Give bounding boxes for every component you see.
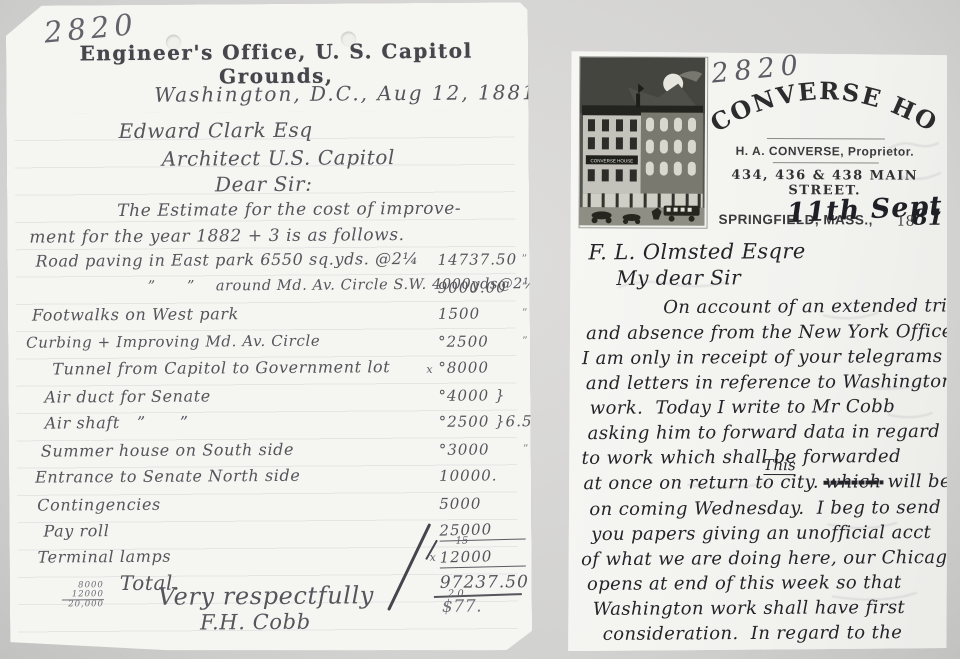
- estimate-item-desc: Curbing + Improving Md. Av. Circle: [26, 332, 320, 352]
- estimate-item-amount: 10000.: [439, 466, 525, 485]
- hotel-engraving: CONVERSE HOUSE: [579, 56, 709, 229]
- body-line: work. Today I write to Mr Cobb: [590, 396, 895, 419]
- photo-background: 2820 Engineer's Office, U. S. Capitol Gr…: [0, 0, 960, 659]
- estimate-item-amount: 14737.50: [437, 250, 523, 269]
- body-line: and letters in reference to Washington: [586, 371, 954, 394]
- body-line: on coming Wednesday. I beg to send: [589, 497, 941, 520]
- salutation: My dear Sir: [616, 265, 741, 290]
- body-line: opens at end of this week so that: [587, 572, 902, 595]
- check-mark: ”: [522, 334, 528, 347]
- check-mark: ”: [523, 442, 529, 455]
- estimate-item-desc: Summer house on South side: [41, 440, 294, 461]
- estimate-item-desc: Terminal lamps: [38, 547, 172, 567]
- body-line: Washington work shall have first: [593, 597, 905, 620]
- estimate-item-desc: Air duct for Senate: [44, 386, 210, 406]
- left-letter-page: 2820 Engineer's Office, U. S. Capitol Gr…: [6, 2, 533, 654]
- check-mark: ”: [522, 306, 528, 319]
- body-line: asking him to forward data in regard: [588, 421, 941, 444]
- estimate-item-amount: °8000: [438, 358, 524, 377]
- estimate-item-amount: 25000: [439, 519, 525, 541]
- estimate-item-desc: Footwalks on West park: [32, 304, 239, 324]
- recipient-name: F. L. Olmsted Esqre: [588, 239, 805, 264]
- body-line: you papers giving an unofficial acct: [591, 522, 931, 545]
- estimate-item-amount: °2500: [438, 332, 524, 351]
- estimate-item-amount: 12000: [439, 546, 525, 568]
- body-line: I am only in receipt of your telegrams: [582, 346, 943, 369]
- estimate-item-desc: Tunnel from Capitol to Government lot: [52, 357, 390, 378]
- estimate-item-amount: 9000.00: [438, 278, 524, 297]
- estimate-item-desc: Entrance to Senate North side: [35, 466, 301, 487]
- estimate-item-amount: 1500: [438, 304, 524, 323]
- estimate-item-amount: °2500 }6.50: [439, 412, 525, 431]
- recipient-title: Architect U.S. Capitol: [162, 145, 395, 171]
- pencil-correction: 15: [455, 536, 468, 547]
- check-mark: ”: [522, 280, 528, 293]
- body-line: and absence from the New York Office: [586, 321, 953, 344]
- estimate-item-amount: °4000 }: [438, 386, 524, 405]
- edit-before: at once on return to city.: [583, 472, 825, 494]
- struck-word: which: [825, 471, 882, 492]
- margin-figure: 12000: [62, 590, 104, 599]
- pencil-total: $77.: [442, 597, 482, 617]
- letterhead-rule: [773, 162, 879, 163]
- body-line: The Estimate for the cost of improve-: [117, 199, 461, 221]
- right-letter-page: CONVERSE HOUSE: [567, 51, 950, 653]
- salutation: Dear Sir:: [215, 172, 313, 197]
- margin-sum: 20,000: [62, 599, 104, 609]
- body-line: to work which shall be forwarded: [581, 446, 901, 469]
- body-line: On account of an extended trip: [663, 295, 959, 318]
- body-line-with-correction: at once on return to city. which will be: [583, 471, 951, 494]
- body-line: ment for the year 1882 + 3 is as follows…: [29, 225, 404, 248]
- recipient-name: Edward Clark Esq: [119, 118, 313, 143]
- hotel-engraving-image: CONVERSE HOUSE: [580, 57, 706, 226]
- dateline: Washington, D.C., Aug 12, 1881.: [154, 80, 545, 107]
- margin-arithmetic: 8000 12000 20,000: [62, 581, 104, 609]
- estimate-item-desc: Pay roll: [43, 521, 109, 540]
- estimate-item-amount: 5000: [439, 494, 525, 513]
- svg-text:CONVERSE HOUSE: CONVERSE HOUSE: [707, 74, 943, 139]
- edit-after: will be: [881, 471, 951, 492]
- building-sign: CONVERSE HOUSE: [591, 158, 634, 163]
- estimate-item-amount: °3000: [439, 440, 525, 459]
- check-mark: ”: [521, 252, 527, 265]
- handwritten-year: 81: [913, 205, 944, 231]
- pencil-mark: x: [426, 363, 432, 376]
- signature: F.H. Cobb: [200, 610, 311, 635]
- estimate-item-desc: Road paving in East park 6550 sq.yds. @2…: [35, 249, 418, 271]
- estimate-item-desc: Contingencies: [37, 495, 161, 515]
- hotel-name-arc: CONVERSE HOUSE: [707, 74, 943, 143]
- body-line: of what we are doing here, our Chicago: [581, 547, 959, 570]
- body-line: consideration. In regard to the: [603, 622, 903, 645]
- closing: Very respectfully: [158, 581, 374, 611]
- estimate-item-desc: Air shaft ” ”: [45, 413, 189, 433]
- proprietor-line: H. A. CONVERSE, Proprietor.: [709, 144, 941, 159]
- hotel-name: CONVERSE HOUSE: [707, 74, 943, 139]
